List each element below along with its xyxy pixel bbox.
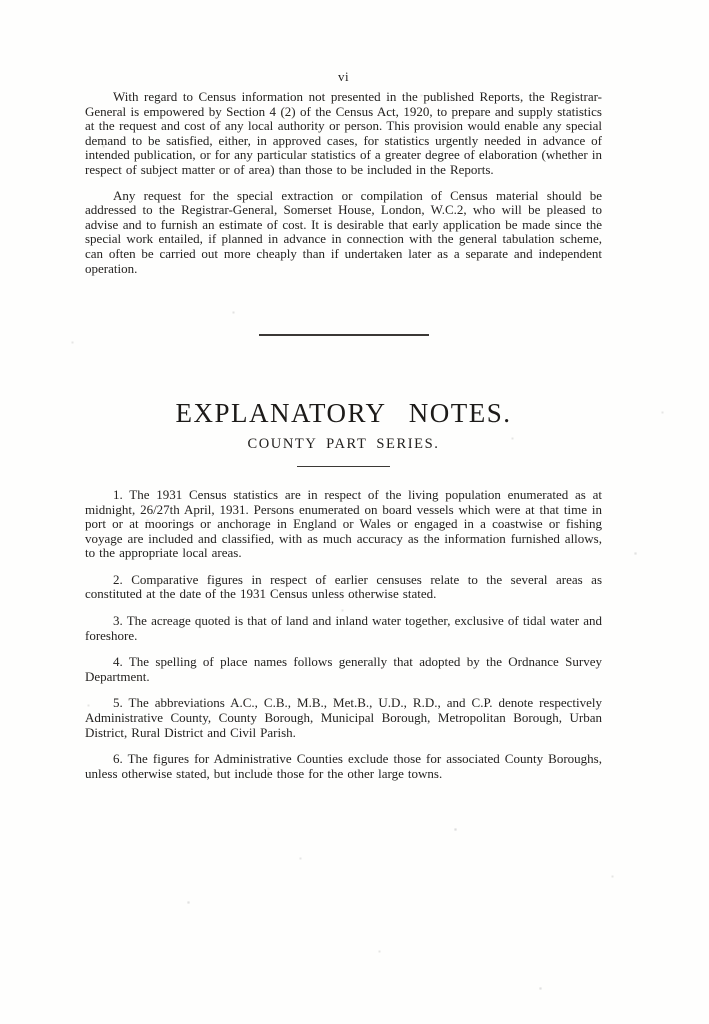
note-item-2: 2. Comparative figures in respect of ear…: [85, 573, 602, 602]
subsection-divider: [297, 466, 390, 467]
note-number: 3.: [113, 613, 123, 628]
note-text: The spelling of place names follows gene…: [85, 654, 602, 684]
note-text: The figures for Administrative Counties …: [85, 751, 602, 781]
note-text: Comparative figures in respect of earlie…: [85, 572, 602, 602]
note-number: 4.: [113, 654, 123, 669]
section-divider: [259, 334, 429, 336]
document-page: vi With regard to Census information not…: [0, 0, 709, 1024]
notes-list: 1. The 1931 Census statistics are in res…: [85, 488, 602, 782]
section-subtitle: COUNTY PART SERIES.: [85, 436, 602, 453]
note-number: 6.: [113, 751, 123, 766]
note-item-4: 4. The spelling of place names follows g…: [85, 655, 602, 684]
note-item-1: 1. The 1931 Census statistics are in res…: [85, 488, 602, 561]
note-number: 5.: [113, 695, 123, 710]
note-number: 1.: [113, 487, 123, 502]
paper-texture: [0, 0, 1, 1]
note-item-3: 3. The acreage quoted is that of land an…: [85, 614, 602, 643]
intro-paragraph-2: Any request for the special extraction o…: [85, 189, 602, 277]
section-title: EXPLANATORY NOTES.: [85, 398, 602, 428]
note-number: 2.: [113, 572, 123, 587]
note-item-5: 5. The abbreviations A.C., C.B., M.B., M…: [85, 696, 602, 740]
note-text: The abbreviations A.C., C.B., M.B., Met.…: [85, 695, 602, 739]
note-item-6: 6. The figures for Administrative Counti…: [85, 752, 602, 781]
note-text: The 1931 Census statistics are in respec…: [85, 487, 602, 560]
page-number: vi: [85, 70, 602, 83]
intro-paragraph-1: With regard to Census information not pr…: [85, 90, 602, 178]
note-text: The acreage quoted is that of land and i…: [85, 613, 602, 643]
